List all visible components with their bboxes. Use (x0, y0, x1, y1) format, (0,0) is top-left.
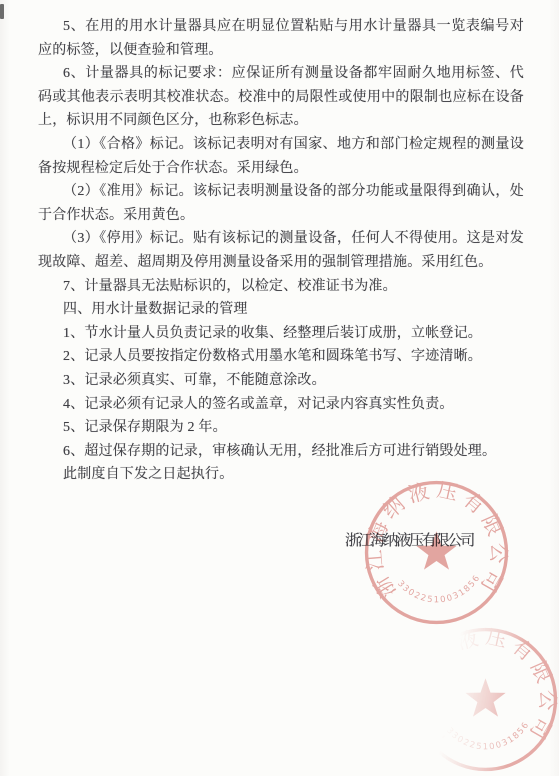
paragraph: 3、记录必须真实、可靠，不能随意涂改。 (38, 369, 524, 393)
paragraph: 4、记录必须有记录人的签名或盖章，对记录内容真实性负责。 (38, 393, 524, 417)
company-seal-stamp-partial: 浙江海纳液压有限公司 33022510031856 (406, 620, 559, 776)
paragraph: （2）《准用》标记。该标记表明测量设备的部分功能或量限得到确认，处于合作状态。采… (38, 180, 524, 227)
paragraph: 6、计量器具的标记要求：应保证所有测量设备都牢固耐久地用标签、代码或其他表示表明… (38, 62, 524, 133)
scanned-document-page: 5、在用的用水计量器具应在明显位置粘贴与用水计量器具一览表编号对应的标签，以便查… (0, 0, 559, 776)
star-icon (465, 678, 505, 716)
document-body: 5、在用的用水计量器具应在明显位置粘贴与用水计量器具一览表编号对应的标签，以便查… (38, 15, 524, 487)
paragraph: （3）《停用》标记。贴有该标记的测量设备，任何人不得使用。这是对发现故障、超差、… (38, 227, 524, 274)
paragraph: 2、记录人员要按指定份数格式用墨水笔和圆珠笔书写、字迹清晰。 (38, 345, 524, 369)
star-icon (416, 531, 456, 569)
scan-artifact-smudge (0, 4, 4, 19)
paragraph: 5、在用的用水计量器具应在明显位置粘贴与用水计量器具一览表编号对应的标签，以便查… (38, 15, 524, 62)
seal-number-text: 33022510031856 (445, 719, 531, 751)
seal-number-text: 33022510031856 (396, 572, 482, 604)
company-seal-stamp: 浙江海纳液压有限公司 33022510031856 (357, 473, 516, 632)
paragraph: 5、记录保存期限为 2 年。 (38, 416, 524, 440)
paragraph: （1）《合格》标记。该标记表明对有国家、地方和部门检定规程的测量设备按规程检定后… (38, 133, 524, 180)
paragraph: 1、节水计量人员负责记录的收集、经整理后装订成册，立帐登记。 (38, 322, 524, 346)
section-heading: 四、用水计量数据记录的管理 (38, 298, 524, 322)
paragraph: 6、超过保存期的记录，审核确认无用，经批准后方可进行销毁处理。 (38, 440, 524, 464)
paragraph: 7、计量器具无法贴标识的，以检定、校准证书为准。 (38, 275, 524, 299)
